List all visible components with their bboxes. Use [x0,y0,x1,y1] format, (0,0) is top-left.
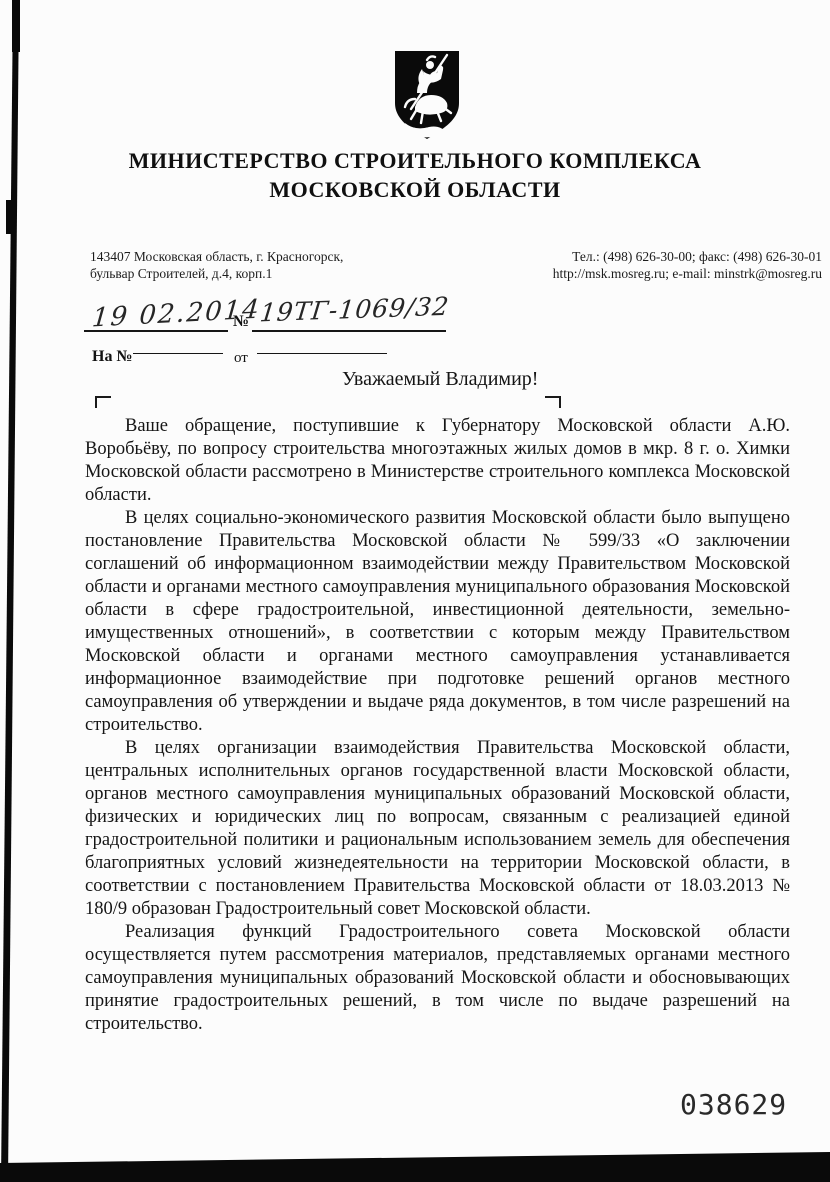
salutation: Уважаемый Владимир! [342,368,538,391]
reply-number-underline [133,352,223,354]
number-underline [252,329,446,332]
ministry-title-line1: МИНИСТЕРСТВО СТРОИТЕЛЬНОГО КОМПЛЕКСА [0,146,830,175]
address-line1: 143407 Московская область, г. Красногорс… [90,248,430,265]
scanned-letter-page: МИНИСТЕРСТВО СТРОИТЕЛЬНОГО КОМПЛЕКСА МОС… [0,0,830,1182]
letter-body: Ваше обращение, поступившие к Губернатор… [85,415,790,1036]
contact-block: Тел.: (498) 626-30-00; факс: (498) 626-3… [402,248,822,282]
reply-to-label: На № [92,348,133,366]
reply-date-underline [257,352,387,354]
date-underline [84,329,228,332]
coat-of-arms-moscow-oblast-icon [389,49,465,141]
address-block: 143407 Московская область, г. Красногорс… [90,248,430,282]
stamp-registration-number: 038629 [680,1088,787,1121]
handwritten-outgoing-number: 19ТГ-1069/32 [259,292,451,328]
reply-from-label: от [234,350,248,367]
number-sign-label: № [233,313,249,331]
body-paragraph-2: В целях социально-экономического развити… [85,507,790,737]
body-paragraph-4: Реализация функций Градостроительного со… [85,921,790,1036]
ministry-title: МИНИСТЕРСТВО СТРОИТЕЛЬНОГО КОМПЛЕКСА МОС… [0,146,830,204]
body-paragraph-3: В целях организации взаимодействия Прави… [85,737,790,921]
contact-phone-fax: Тел.: (498) 626-30-00; факс: (498) 626-3… [402,248,822,265]
body-paragraph-1: Ваше обращение, поступившие к Губернатор… [85,415,790,507]
address-corner-mark-left [95,396,111,408]
ministry-title-line2: МОСКОВСКОЙ ОБЛАСТИ [0,175,830,204]
contact-web-email: http://msk.mosreg.ru; e-mail: minstrk@mo… [402,265,822,282]
address-corner-mark-right [545,396,561,408]
address-line2: бульвар Строителей, д.4, корп.1 [90,265,430,282]
